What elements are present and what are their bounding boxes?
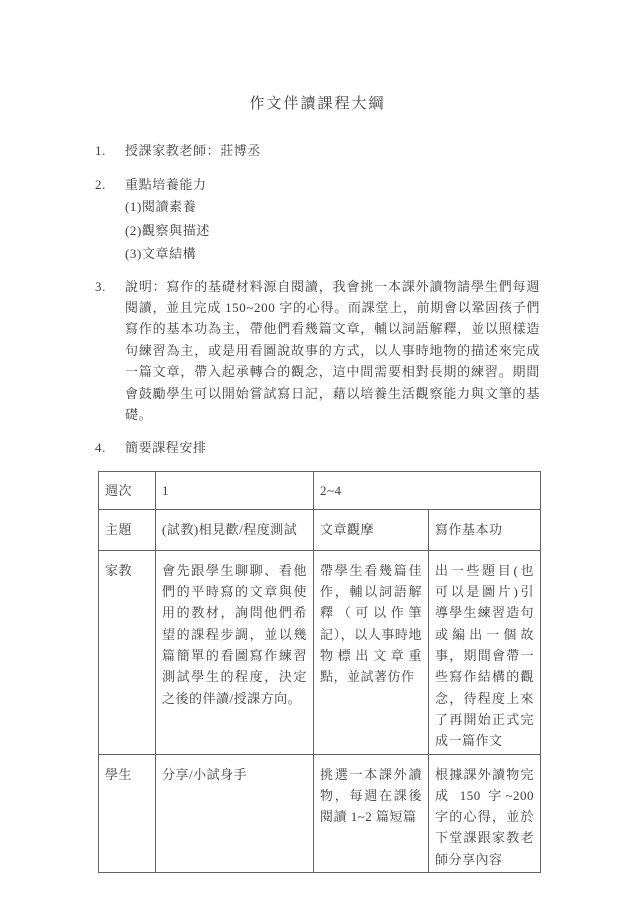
table-row-week: 週次 1 2~4 bbox=[99, 471, 541, 509]
item-text: 簡要課程安排 bbox=[125, 437, 540, 459]
cell-student-3: 根據課外讀物完成 150 字~200 字的心得，並於下堂課跟家教老師分享內容 bbox=[429, 754, 541, 872]
cell-topic-1: (試教)相見歡/程度測試 bbox=[156, 509, 314, 550]
cell-topic-2: 文章觀摩 bbox=[314, 509, 429, 550]
list-item-4: 4. 簡要課程安排 bbox=[95, 437, 540, 459]
item-text: 重點培養能力 bbox=[125, 174, 540, 196]
cell-tutor-label: 家教 bbox=[99, 550, 156, 754]
sub-item-1: (1)閱讀素養 bbox=[125, 195, 540, 219]
sub-item-3: (3)文章結構 bbox=[125, 242, 540, 266]
cell-tutor-1: 會先跟學生聊聊、看他們的平時寫的文章與使用的教材，詢問他們希望的課程步調，並以幾… bbox=[156, 550, 314, 754]
item-number: 4. bbox=[95, 437, 125, 459]
document-content: 作文伴讀課程大綱 1. 授課家教老師：莊博丞 2. 重點培養能力 (1)閱讀素養… bbox=[0, 92, 640, 873]
cell-topic-label: 主題 bbox=[99, 509, 156, 550]
item-number: 1. bbox=[95, 140, 125, 162]
course-schedule-table: 週次 1 2~4 主題 (試教)相見歡/程度測試 文章觀摩 寫作基本功 家教 會… bbox=[98, 471, 541, 873]
document-page: 作文伴讀課程大綱 1. 授課家教老師：莊博丞 2. 重點培養能力 (1)閱讀素養… bbox=[0, 0, 640, 905]
table-row-topic: 主題 (試教)相見歡/程度測試 文章觀摩 寫作基本功 bbox=[99, 509, 541, 550]
item-text: 說明：寫作的基礎材料源自閱讀，我會挑一本課外讀物請學生們每週閱讀，並且完成 15… bbox=[125, 276, 540, 426]
cell-tutor-3: 出一些題目(也可以是圖片)引導學生練習造句或編出一個故事，期間會帶一些寫作結構的… bbox=[429, 550, 541, 754]
cell-student-2: 挑選一本課外讀物，每週在課後閱讀 1~2 篇短篇 bbox=[314, 754, 429, 872]
table-row-student: 學生 分享/小試身手 挑選一本課外讀物，每週在課後閱讀 1~2 篇短篇 根據課外… bbox=[99, 754, 541, 872]
cell-week-label: 週次 bbox=[99, 471, 156, 509]
list-item-2: 2. 重點培養能力 bbox=[95, 174, 540, 196]
page-title: 作文伴讀課程大綱 bbox=[95, 92, 540, 113]
cell-week-1: 1 bbox=[156, 471, 314, 509]
table-row-tutor: 家教 會先跟學生聊聊、看他們的平時寫的文章與使用的教材，詢問他們希望的課程步調，… bbox=[99, 550, 541, 754]
sub-item-2: (2)觀察與描述 bbox=[125, 219, 540, 243]
item-number: 2. bbox=[95, 174, 125, 196]
cell-week-2-4: 2~4 bbox=[314, 471, 541, 509]
cell-tutor-2: 帶學生看幾篇佳作，輔以詞語解釋（可以作筆記），以人事時地物標出文章重點，並試著仿… bbox=[314, 550, 429, 754]
list-item-3: 3. 說明：寫作的基礎材料源自閱讀，我會挑一本課外讀物請學生們每週閱讀，並且完成… bbox=[95, 276, 540, 426]
cell-student-label: 學生 bbox=[99, 754, 156, 872]
item-text: 授課家教老師：莊博丞 bbox=[125, 140, 540, 162]
cell-topic-3: 寫作基本功 bbox=[429, 509, 541, 550]
cell-student-1: 分享/小試身手 bbox=[156, 754, 314, 872]
item-number: 3. bbox=[95, 276, 125, 426]
list-item-1: 1. 授課家教老師：莊博丞 bbox=[95, 140, 540, 162]
